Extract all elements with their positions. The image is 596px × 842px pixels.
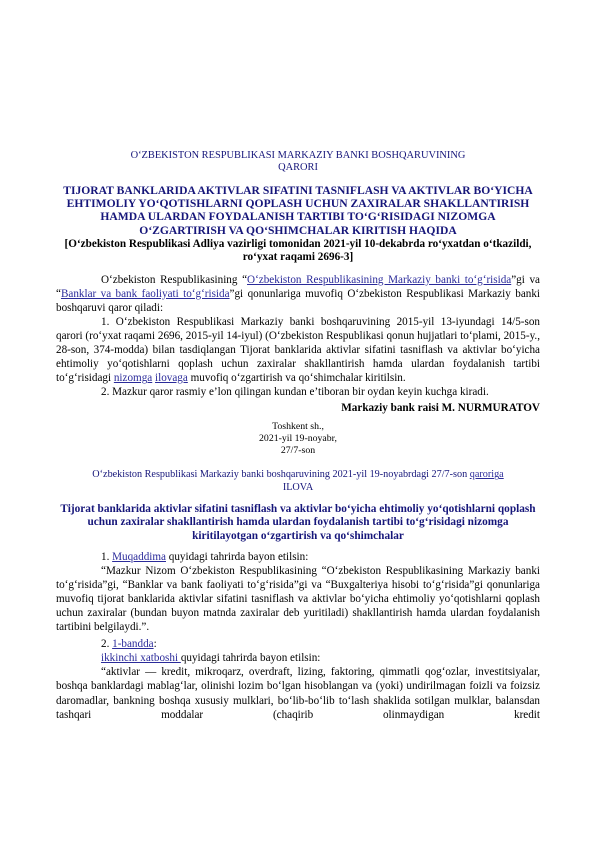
- clause-2: 2. Mazkur qaror rasmiy e’lon qilingan ku…: [56, 385, 540, 399]
- clause-text: muvofiq o‘zgartirish va qo‘shimchalar ki…: [188, 372, 406, 384]
- regulation-link[interactable]: nizomga: [114, 372, 152, 384]
- document-page: O‘ZBEKISTON RESPUBLIKASI MARKAZIY BANKI …: [56, 150, 540, 722]
- place-date: Toshkent sh., 2021-yil 19-noyabr, 27/7-s…: [56, 421, 540, 457]
- preamble-text: O‘zbekiston Respublikasining “: [101, 274, 247, 286]
- change-item-1-quote: “Mazkur Nizom O‘zbekiston Respublikasini…: [56, 564, 540, 634]
- annex-ref-text: O‘zbekiston Respublikasi Markaziy banki …: [92, 469, 469, 480]
- item-number: 1.: [101, 551, 112, 563]
- issuer-line: O‘ZBEKISTON RESPUBLIKASI MARKAZIY BANKI …: [56, 150, 540, 162]
- annex-reference: O‘zbekiston Respublikasi Markaziy banki …: [56, 469, 540, 493]
- decision-number: 27/7-son: [56, 445, 540, 457]
- date: 2021-yil 19-noyabr,: [56, 433, 540, 445]
- law-link-central-bank[interactable]: O‘zbekiston Respublikasining Markaziy ba…: [247, 274, 511, 286]
- item-text: :: [154, 638, 157, 650]
- annex-title: Tijorat banklarida aktivlar sifatini tas…: [56, 503, 540, 544]
- city: Toshkent sh.,: [56, 421, 540, 433]
- change-item-2-sub: ikkinchi xatboshi quyidagi tahrirda bayo…: [56, 651, 540, 665]
- clause-1: 1. O‘zbekiston Respublikasi Markaziy ban…: [56, 315, 540, 385]
- law-link-banks[interactable]: Banklar va bank faoliyati to‘g‘risida: [61, 288, 230, 300]
- item-number: 2.: [101, 638, 112, 650]
- item-text: quyidagi tahrirda bayon etilsin:: [181, 652, 321, 664]
- preamble: O‘zbekiston Respublikasining “O‘zbekisto…: [56, 273, 540, 315]
- change-item-1: 1. Muqaddima quyidagi tahrirda bayon eti…: [56, 550, 540, 564]
- signature: Markaziy bank raisi M. NURMURATOV: [56, 401, 540, 415]
- clause-1-link[interactable]: 1-bandda: [112, 638, 153, 650]
- document-title: TIJORAT BANKLARIDA AKTIVLAR SIFATINI TAS…: [56, 184, 540, 237]
- registration-note: [O‘zbekiston Respublikasi Adliya vazirli…: [56, 238, 540, 265]
- annex-label: ILOVA: [56, 482, 540, 494]
- annex-link[interactable]: ilovaga: [155, 372, 188, 384]
- preamble-link[interactable]: Muqaddima: [112, 551, 166, 563]
- issuer-heading: O‘ZBEKISTON RESPUBLIKASI MARKAZIY BANKI …: [56, 150, 540, 175]
- item-text: quyidagi tahrirda bayon etilsin:: [166, 551, 308, 563]
- change-item-2-quote: “aktivlar — kredit, mikroqarz, overdraft…: [56, 665, 540, 721]
- decision-link[interactable]: qaroriga: [470, 469, 504, 480]
- decision-label: QARORI: [56, 162, 540, 174]
- second-paragraph-link[interactable]: ikkinchi xatboshi: [101, 652, 181, 664]
- change-item-2: 2. 1-bandda:: [56, 637, 540, 651]
